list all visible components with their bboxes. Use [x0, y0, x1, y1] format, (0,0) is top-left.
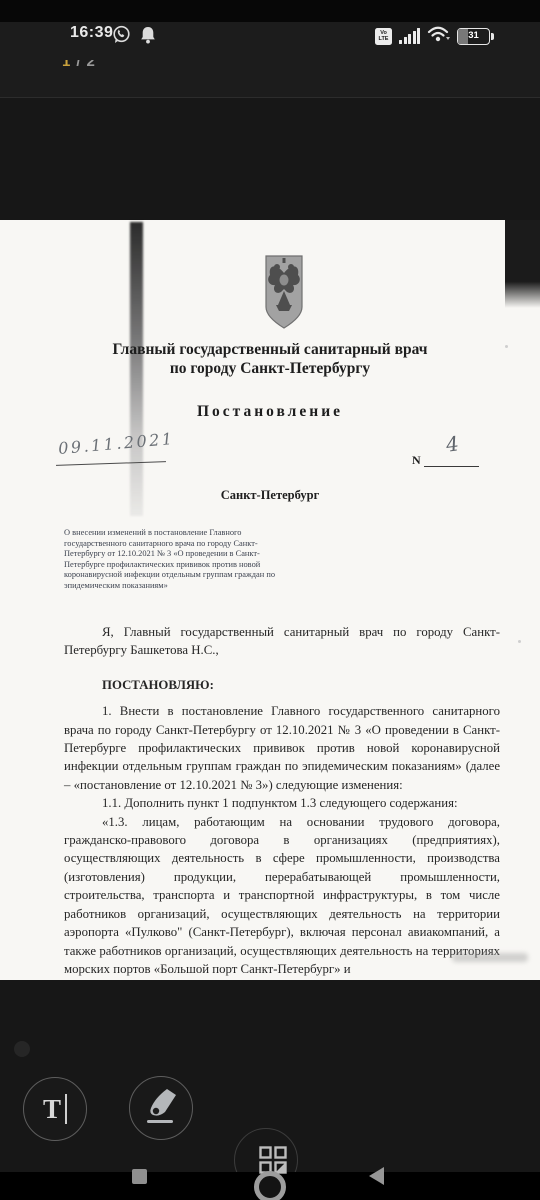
handwritten-date: 09.11.2021: [57, 429, 175, 458]
handwritten-number: 4: [444, 431, 460, 457]
notch-strip: [0, 0, 540, 22]
document-body: Я, Главный государственный санитарный вр…: [64, 623, 500, 978]
text-tool-button[interactable]: T: [23, 1077, 87, 1141]
org-title: Главный государственный санитарный врач …: [0, 340, 540, 378]
signature-tool-button[interactable]: [129, 1076, 193, 1140]
notification-icons: [112, 25, 156, 49]
viber-icon: [112, 25, 131, 49]
coat-of-arms: [262, 253, 306, 336]
document-type-heading: Постановление: [0, 403, 540, 421]
paragraph-1-1: 1.1. Дополнить пункт 1 подпунктом 1.3 сл…: [64, 794, 500, 812]
clock: 16:39: [70, 24, 113, 42]
total-pages: 2: [87, 60, 96, 70]
recents-button[interactable]: [132, 1169, 147, 1184]
org-title-line2: по городу Санкт-Петербургу: [0, 359, 540, 378]
volte-badge: Vo LTE: [375, 28, 392, 45]
battery-icon: 31: [457, 28, 490, 45]
page-separator: /: [76, 60, 81, 70]
current-page: 1: [62, 60, 71, 70]
wifi-icon: [427, 25, 450, 47]
document-page[interactable]: Главный государственный санитарный врач …: [0, 220, 540, 980]
page-indicator: 1/2: [62, 60, 122, 81]
dim-indicator-dot: [14, 1041, 30, 1057]
text-cursor-icon: [65, 1094, 67, 1124]
intro-paragraph: Я, Главный государственный санитарный вр…: [64, 623, 500, 660]
scan-ghost-smudge: [452, 953, 528, 962]
subject-block: О внесении изменений в постановление Гла…: [64, 528, 284, 592]
header-divider: [0, 97, 540, 98]
number-label: N: [412, 453, 421, 468]
date-underline: [56, 461, 166, 466]
status-bar: 16:39 Vo LTE: [0, 22, 540, 62]
signal-strength-icon: [399, 28, 420, 44]
back-button[interactable]: [369, 1167, 384, 1185]
scan-speck: [518, 640, 521, 643]
number-underline: [424, 466, 479, 467]
home-button[interactable]: [254, 1171, 286, 1200]
battery-percent: 31: [458, 30, 489, 41]
signature-pen-icon: [139, 1084, 183, 1133]
org-title-line1: Главный государственный санитарный врач: [0, 340, 540, 359]
paragraph-1: 1. Внести в постановление Главного госуд…: [64, 702, 500, 794]
phone-screen: 16:39 Vo LTE: [0, 0, 540, 1200]
system-status-icons: Vo LTE 31: [375, 25, 490, 47]
scan-corner-shadow: [505, 220, 540, 308]
scan-speck: [505, 345, 508, 348]
city-line: Санкт-Петербург: [0, 488, 540, 503]
text-tool-label: T: [43, 1094, 61, 1125]
paragraph-1-3: «1.3. лицам, работающим на основании тру…: [64, 813, 500, 979]
bell-icon: [140, 26, 156, 49]
resolve-heading: ПОСТАНОВЛЯЮ:: [64, 676, 500, 694]
